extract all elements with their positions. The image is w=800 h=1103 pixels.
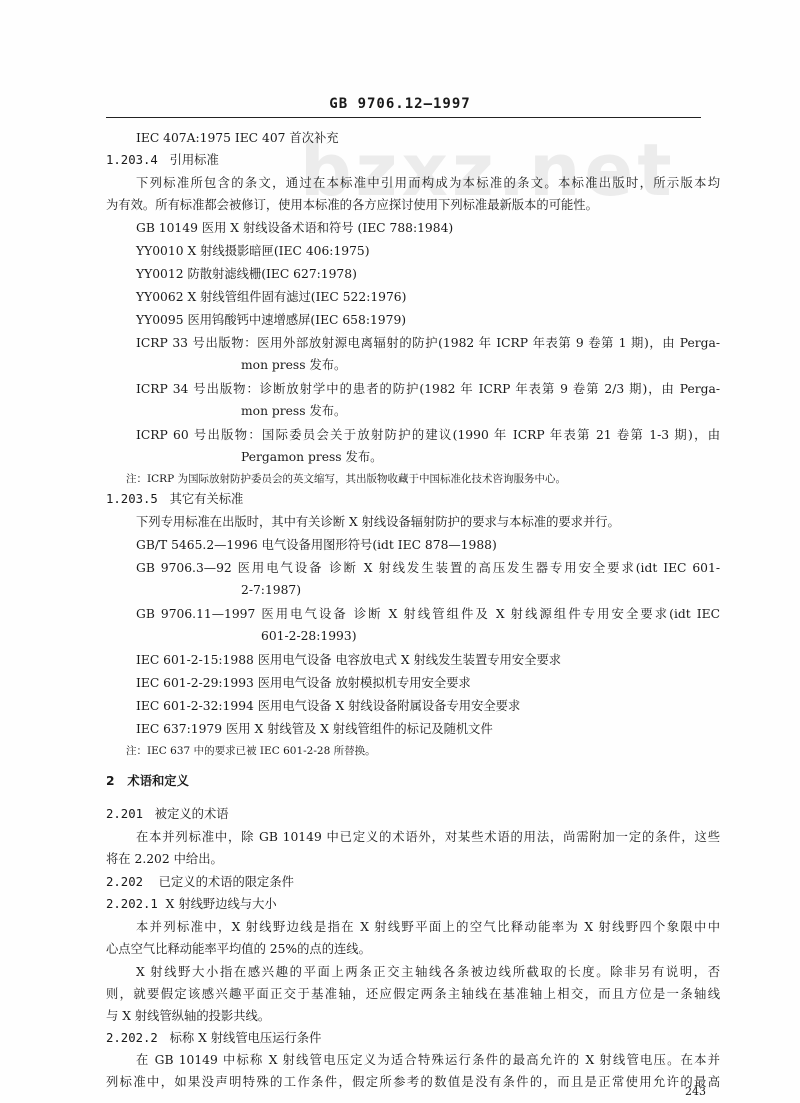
reference-item: YY0095 医用钨酸钙中速增感屏(IEC 658:1979): [136, 312, 406, 328]
section-title: 术语和定义: [127, 774, 189, 788]
other-ref-item: GB 9706.3—92 医用电气设备 诊断 X 射线发生装置的高压发生器专用安…: [136, 560, 720, 576]
other-ref-item: IEC 601-2-29:1993 医用电气设备 放射模拟机专用安全要求: [136, 675, 471, 691]
document-page: bzxz.net GB 9706.12—1997 IEC 407A:1975 I…: [0, 0, 800, 1103]
section-number: 2: [106, 774, 115, 788]
other-ref-item: IEC 637:1979 医用 X 射线管及 X 射线管组件的标记及随机文件: [136, 721, 493, 737]
note: 注：IEC 637 中的要求已被 IEC 601-2-28 所替换。: [126, 743, 376, 759]
section-title: 标称 X 射线管电压运行条件: [170, 1031, 322, 1045]
reference-item: YY0062 X 射线管组件固有滤过(IEC 522:1976): [136, 289, 406, 305]
section-number: 2.201: [106, 807, 143, 821]
reference-item: GB 10149 医用 X 射线设备术语和符号 (IEC 788:1984): [136, 220, 453, 236]
icrp-item: ICRP 33 号出版物：医用外部放射源电离辐射的防护(1982 年 ICRP …: [136, 335, 720, 351]
other-ref-item-cont: 601-2-28:1993): [261, 628, 357, 644]
paragraph: 与 X 射线管纵轴的投影共线。: [106, 1008, 270, 1024]
section-title: X 射线野边线与大小: [166, 897, 277, 911]
section-title: 引用标准: [170, 153, 219, 167]
other-ref-item: GB/T 5465.2—1996 电气设备用图形符号(idt IEC 878—1…: [136, 537, 497, 553]
heading-1-203-4: 1.203.4 引用标准: [106, 152, 219, 168]
paragraph: 列标准中，如果没声明特殊的工作条件，假定所参考的数值是没有条件的，而且是正常使用…: [106, 1074, 720, 1090]
other-ref-item-cont: 2-7:1987): [241, 582, 301, 598]
heading-1-203-5: 1.203.5 其它有关标准: [106, 491, 243, 507]
paragraph: X 射线野大小指在感兴趣的平面上两条正交主轴线各条被边线所截取的长度。除非另有说…: [136, 964, 720, 980]
section-number: 2.202: [106, 875, 143, 889]
section-title: 已定义的术语的限定条件: [159, 875, 294, 889]
paragraph: 心点空气比释动能率平均值的 25%的点的连线。: [106, 941, 371, 957]
icrp-item-cont: Pergamon press 发布。: [241, 449, 382, 465]
icrp-item: ICRP 60 号出版物：国际委员会关于放射防护的建议(1990 年 ICRP …: [136, 427, 720, 443]
paragraph: 将在 2.202 中给出。: [106, 851, 223, 867]
reference-item: YY0012 防散射滤线栅(IEC 627:1978): [136, 266, 357, 282]
other-ref-item: IEC 601-2-32:1994 医用电气设备 X 射线设备附属设备专用安全要…: [136, 698, 520, 714]
paragraph: 下列专用标准在出版时，其中有关诊断 X 射线设备辐射防护的要求与本标准的要求并行…: [136, 514, 620, 530]
other-ref-item: IEC 601-2-15:1988 医用电气设备 电容放电式 X 射线发生装置专…: [136, 652, 561, 668]
icrp-item-cont: mon press 发布。: [241, 357, 346, 373]
section-title: 被定义的术语: [155, 807, 229, 821]
paragraph: 为有效。所有标准都会被修订，使用本标准的各方应探讨使用下列标准最新版本的可能性。: [106, 197, 598, 213]
heading-2-202-1: 2.202.1 X 射线野边线与大小: [106, 896, 277, 912]
heading-2-202-2: 2.202.2 标称 X 射线管电压运行条件: [106, 1030, 321, 1046]
paragraph: 在本并列标准中，除 GB 10149 中已定义的术语外，对某些术语的用法，尚需附…: [136, 829, 720, 845]
section-number: 2.202.2: [106, 1031, 158, 1045]
note: 注：ICRP 为国际放射防护委员会的英文缩写，其出版物收藏于中国标准化技术咨询服…: [126, 471, 566, 487]
other-ref-item: GB 9706.11—1997 医用电气设备 诊断 X 射线管组件及 X 射线源…: [136, 606, 720, 622]
header-rule: [106, 117, 701, 118]
iec407a-line: IEC 407A:1975 IEC 407 首次补充: [136, 130, 339, 146]
paragraph: 本并列标准中，X 射线野边线是指在 X 射线野平面上的空气比释动能率为 X 射线…: [136, 919, 720, 935]
heading-2: 2 术语和定义: [106, 773, 189, 789]
reference-item: YY0010 X 射线摄影暗匣(IEC 406:1975): [136, 243, 370, 259]
paragraph: 在 GB 10149 中标称 X 射线管电压定义为适合特殊运行条件的最高允许的 …: [136, 1052, 720, 1068]
section-title: 其它有关标准: [170, 492, 244, 506]
icrp-item-cont: mon press 发布。: [241, 403, 346, 419]
paragraph: 则，就要假定该感兴趣平面正交于基准轴，还应假定两条主轴线在基准轴上相交，而且方位…: [106, 986, 720, 1002]
heading-2-201: 2.201 被定义的术语: [106, 806, 229, 822]
icrp-item: ICRP 34 号出版物：诊断放射学中的患者的防护(1982 年 ICRP 年表…: [136, 381, 720, 397]
section-number: 1.203.4: [106, 153, 158, 167]
running-header: GB 9706.12—1997: [0, 96, 800, 112]
paragraph: 下列标准所包含的条文，通过在本标准中引用而构成为本标准的条文。本标准出版时，所示…: [136, 175, 720, 191]
heading-2-202: 2.202 已定义的术语的限定条件: [106, 874, 294, 890]
section-number: 2.202.1: [106, 897, 158, 911]
section-number: 1.203.5: [106, 492, 158, 506]
